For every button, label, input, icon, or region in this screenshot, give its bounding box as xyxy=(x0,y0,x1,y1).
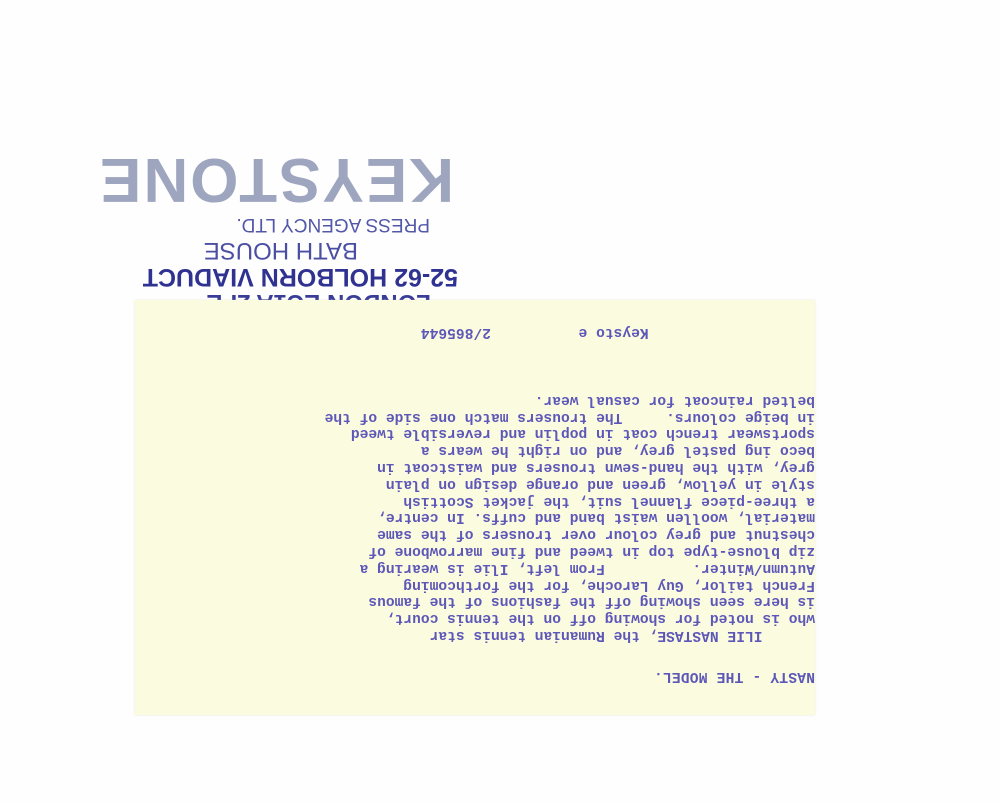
caption-line: French tailor, Guy Laroche, for the fort… xyxy=(325,576,815,593)
caption-line: is here seen showing off the fashions of… xyxy=(325,593,815,610)
caption-text: NASTY - THE MODEL. ILIE NASTASE, the Rum… xyxy=(135,300,815,715)
caption-line: ILIE NASTASE, the Rumanian tennis star xyxy=(325,626,815,643)
caption-line: style in yellow, green and orange design… xyxy=(325,475,815,492)
stamp-brand: KEYSTONE xyxy=(108,148,458,210)
stamp-agency: PRESS AGENCY LTD. xyxy=(108,212,430,236)
caption-credit-row: Keysto e 2/865644 xyxy=(421,323,815,340)
caption-line: a three-piece flannel suit, the jacket S… xyxy=(325,492,815,509)
caption-footer: Keysto e 2/865644 xyxy=(421,285,815,378)
caption-line: beco ing pastel grey, and on right he we… xyxy=(325,441,815,458)
caption-line: grey, with the hand-sewn trousers and wa… xyxy=(325,458,815,475)
caption-slip: NASTY - THE MODEL. ILIE NASTASE, the Rum… xyxy=(135,300,815,715)
stamp-building: BATH HOUSE xyxy=(108,238,358,262)
caption-line: Autumn/Winter. From left, Ilie is wearin… xyxy=(325,559,815,576)
caption-line: material, woollen waist band and cuffs. … xyxy=(325,509,815,526)
caption-body: ILIE NASTASE, the Rumanian tennis starwh… xyxy=(325,391,815,643)
caption-line: in beige colours. The trousers match one… xyxy=(325,408,815,425)
stamp-street: 52-62 HOLBORN VIADUCT xyxy=(108,265,458,289)
caption-line: who is noted for showing off on the tenn… xyxy=(325,609,815,626)
caption-title: NASTY - THE MODEL. xyxy=(654,666,815,685)
caption-credit: Keysto e xyxy=(579,324,815,340)
caption-line: sportswear trench coat in poplin and rev… xyxy=(325,425,815,442)
caption-line: zip blouse-type top in tweed and fine ma… xyxy=(325,542,815,559)
caption-line: chestnut and grey colour over trousers o… xyxy=(325,525,815,542)
caption-line: belted raincoat for casual wear. xyxy=(325,391,815,408)
caption-reference: 2/865644 xyxy=(421,324,579,340)
